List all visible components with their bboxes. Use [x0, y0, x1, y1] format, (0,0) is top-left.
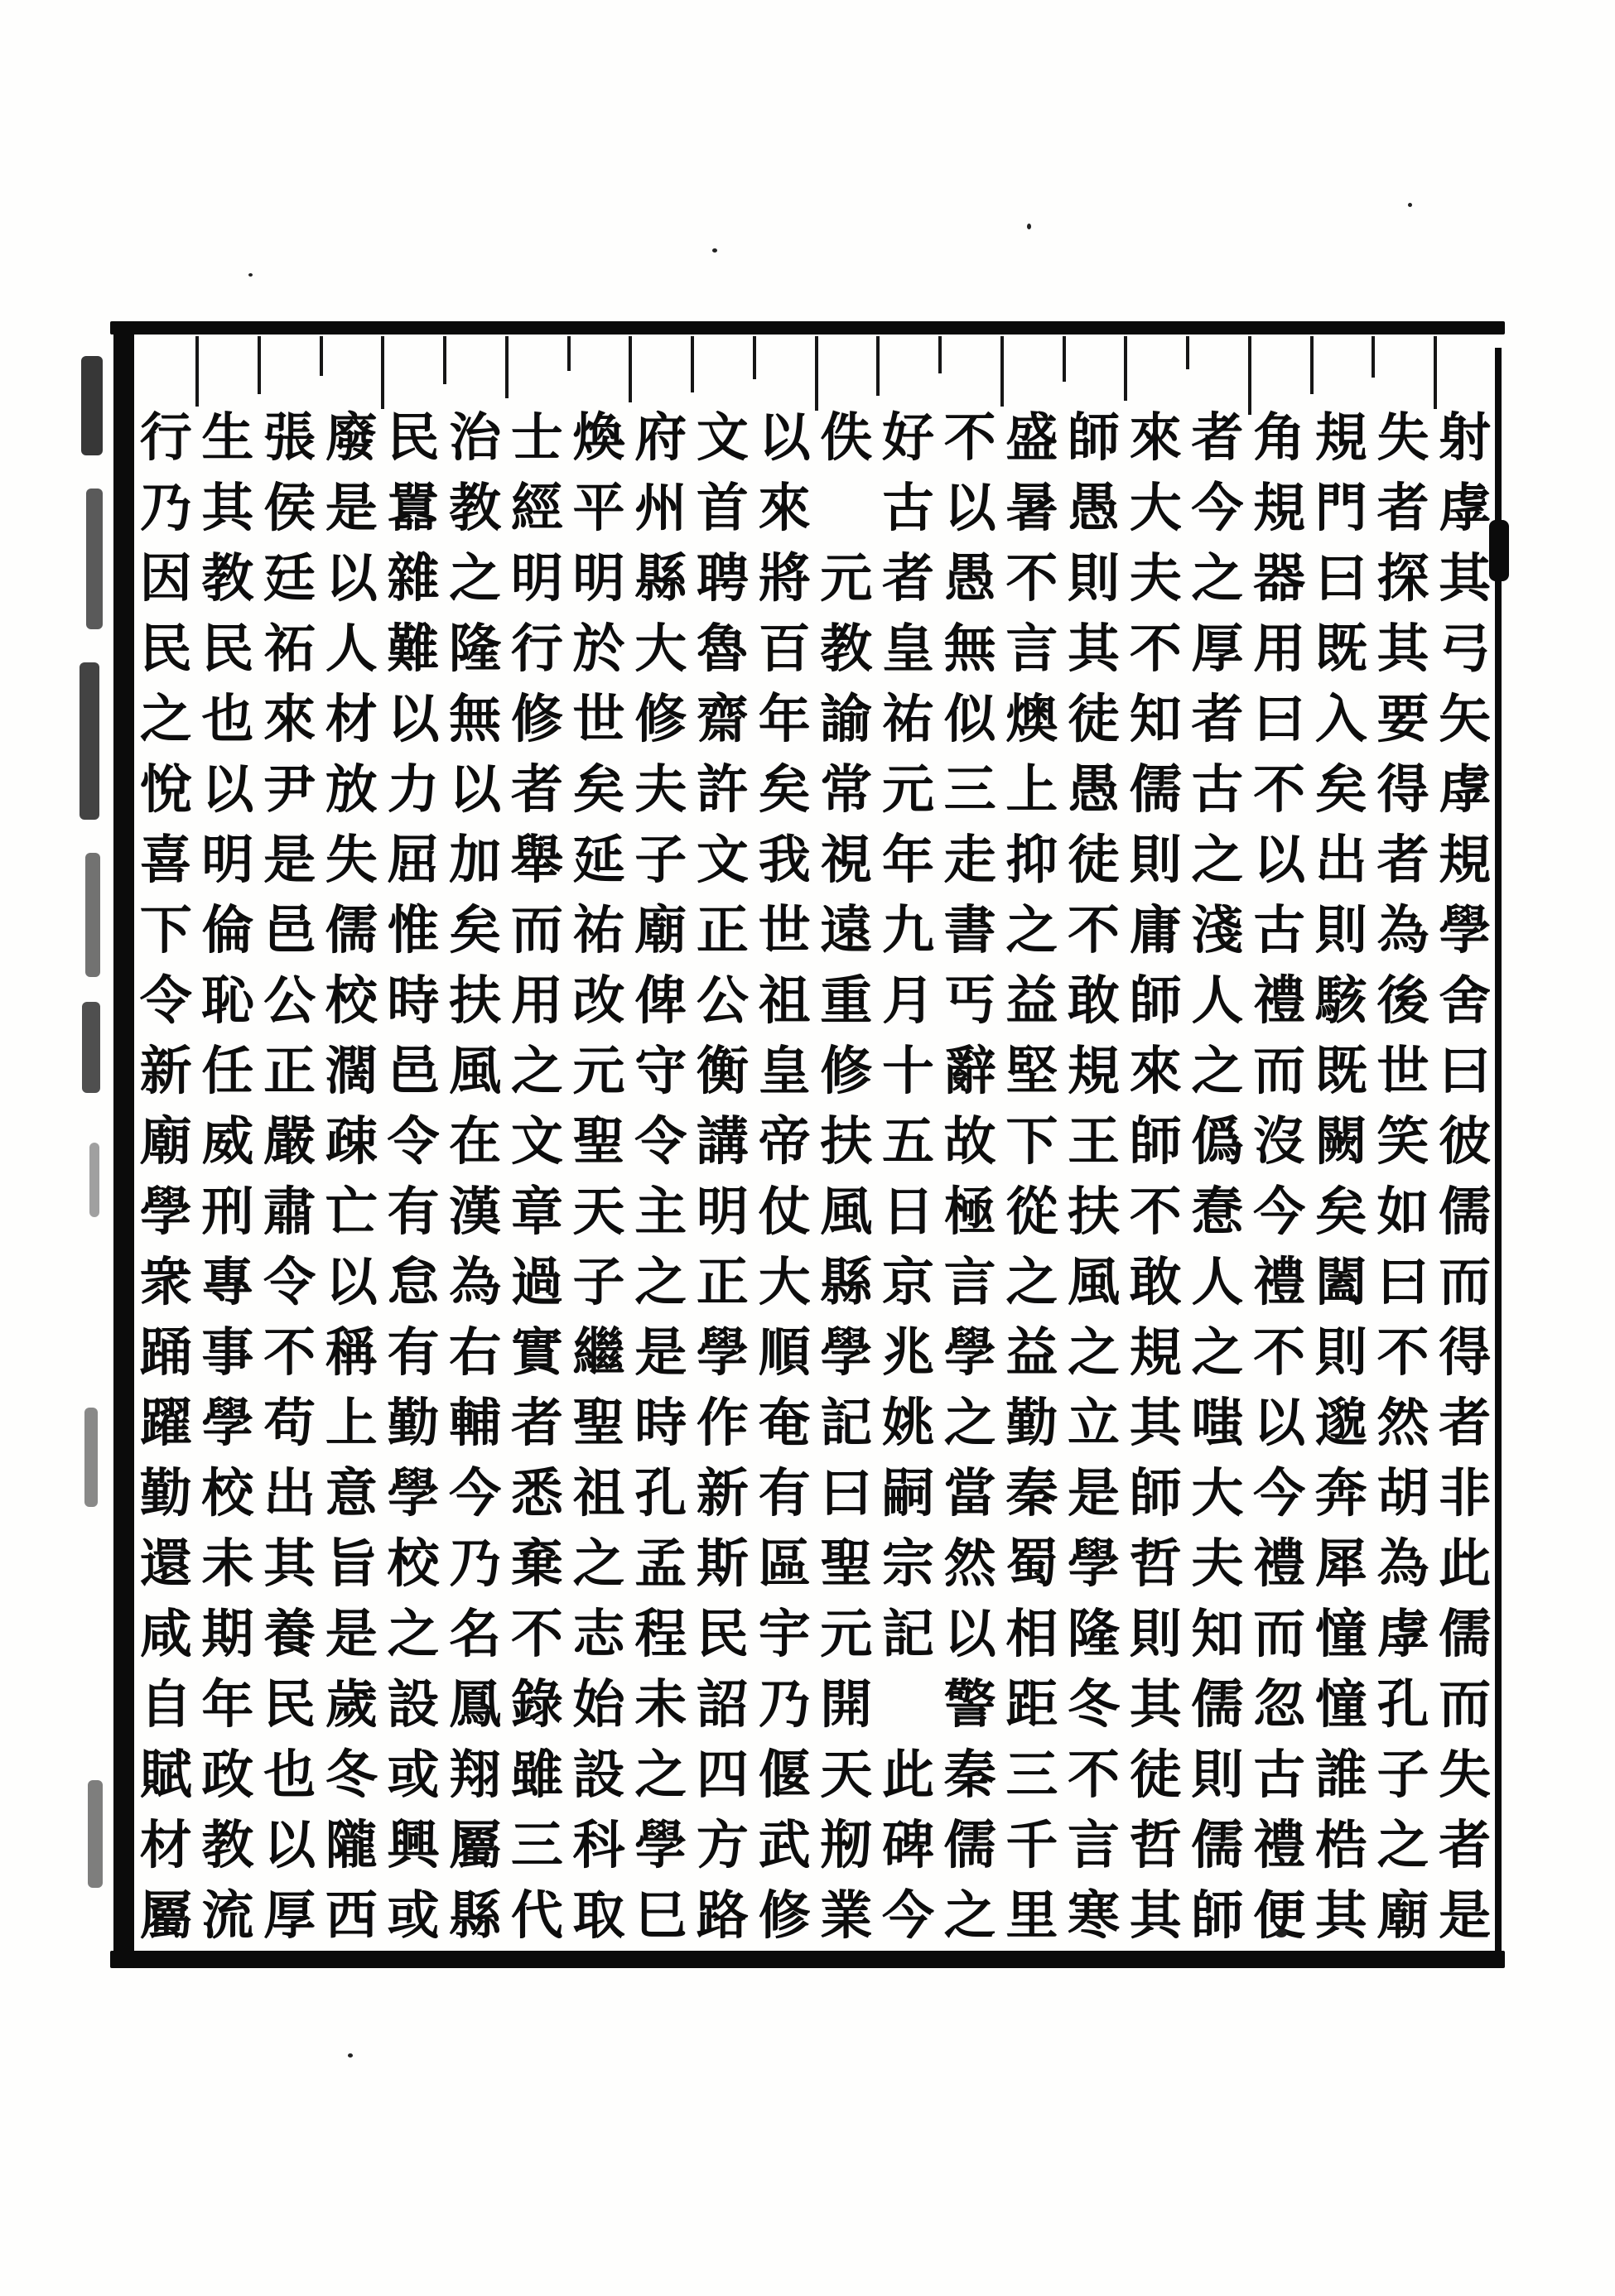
glyph: 虖 [1434, 754, 1496, 825]
glyph: 天 [568, 1177, 629, 1247]
scan-smudge [82, 1002, 100, 1093]
glyph: 邈 [1310, 1388, 1372, 1458]
glyph: 盛 [1001, 402, 1063, 473]
glyph: 治 [445, 402, 506, 473]
glyph: 出 [1310, 825, 1372, 895]
glyph: 矢 [1434, 684, 1496, 754]
glyph: 衡 [692, 1036, 753, 1106]
glyph: 禮 [1249, 965, 1310, 1036]
glyph: 未 [197, 1528, 258, 1599]
glyph: 行 [506, 614, 567, 684]
text-column-21: 生其教民也以明倫恥任威刑專事學校未期年政教流 [197, 402, 259, 1952]
glyph: 扶 [445, 965, 506, 1036]
glyph: 彼 [1434, 1106, 1496, 1177]
glyph: 者 [1434, 1388, 1496, 1458]
glyph: 者 [1187, 684, 1248, 754]
glyph: 矣 [445, 895, 506, 965]
glyph: 材 [321, 684, 382, 754]
glyph: 刑 [197, 1177, 258, 1247]
glyph: 教 [197, 1810, 258, 1880]
glyph: 惟 [383, 895, 444, 965]
glyph: 宇 [754, 1599, 815, 1669]
glyph: 苟 [259, 1388, 321, 1458]
glyph: 學 [1063, 1528, 1125, 1599]
glyph: 作 [692, 1388, 753, 1458]
glyph: 嚴 [259, 1106, 321, 1177]
glyph: 要 [1372, 684, 1434, 754]
frame-right-border [1495, 348, 1502, 1968]
glyph: 還 [135, 1528, 196, 1599]
glyph: 仗 [754, 1177, 815, 1247]
glyph: 踊 [135, 1317, 196, 1388]
glyph: 祐 [877, 684, 938, 754]
glyph: 我 [754, 825, 815, 895]
glyph: 勤 [1001, 1388, 1063, 1458]
ink-speck [1275, 1929, 1287, 1937]
glyph: 之 [445, 543, 506, 614]
glyph: 敢 [1125, 1247, 1186, 1317]
glyph: 修 [630, 684, 692, 754]
glyph: 知 [1125, 684, 1186, 754]
glyph: 規 [1249, 473, 1310, 543]
column-tick [505, 336, 509, 398]
glyph: 繼 [568, 1317, 629, 1388]
glyph: 不 [259, 1317, 321, 1388]
glyph: 師 [1187, 1880, 1248, 1951]
glyph: 錄 [506, 1669, 567, 1740]
glyph: 然 [1372, 1388, 1434, 1458]
glyph: 教 [197, 543, 258, 614]
glyph: 厚 [259, 1880, 321, 1951]
glyph: 世 [754, 895, 815, 965]
text-column-16: 士經明行修者舉而用之文章過實者悉棄不錄雖三代 [506, 402, 568, 1952]
book-page: 射虖其弓矢虖規學舍曰彼儒而得者非此儒而失者是失者探其要得者為後世笑如曰不然胡為虖… [0, 0, 1615, 2296]
glyph: 章 [506, 1177, 567, 1247]
glyph: 學 [939, 1317, 1000, 1388]
glyph: 好 [877, 402, 938, 473]
glyph: 之 [630, 1740, 692, 1810]
glyph: 惷 [1187, 1177, 1248, 1247]
glyph: 得 [1372, 754, 1434, 825]
text-column-13: 文首聘魯齋許文正公衡講明正學作新斯民詔四方路 [692, 402, 754, 1952]
column-tick [1372, 336, 1375, 378]
glyph: 公 [692, 965, 753, 1036]
glyph: 為 [445, 1247, 506, 1317]
glyph: 僞 [1187, 1106, 1248, 1177]
glyph: 元 [568, 1036, 629, 1106]
glyph: 順 [754, 1317, 815, 1388]
glyph: 材 [135, 1810, 196, 1880]
glyph: 其 [1372, 614, 1434, 684]
ink-speck [1027, 224, 1031, 229]
glyph: 來 [1125, 1036, 1186, 1106]
glyph: 笑 [1372, 1106, 1434, 1177]
text-column-4: 角規器用曰不以古禮而沒今禮不以今禮而忽古禮便 [1248, 402, 1310, 1952]
glyph: 五 [877, 1106, 938, 1177]
glyph: 民 [197, 614, 258, 684]
glyph: 乃 [135, 473, 196, 543]
glyph: 悉 [506, 1458, 567, 1528]
glyph: 便 [1249, 1880, 1310, 1951]
glyph: 失 [1372, 402, 1434, 473]
glyph: 聘 [692, 543, 753, 614]
glyph: 後 [1372, 965, 1434, 1036]
glyph: 明 [568, 543, 629, 614]
glyph: 奔 [1310, 1458, 1372, 1528]
glyph: 之 [1187, 825, 1248, 895]
glyph: 犀 [1310, 1528, 1372, 1599]
glyph: 如 [1372, 1177, 1434, 1247]
glyph: 古 [1249, 1740, 1310, 1810]
glyph: 闕 [1310, 1106, 1372, 1177]
glyph: 之 [1372, 1810, 1434, 1880]
glyph: 元 [816, 1599, 877, 1669]
glyph: 愚 [1063, 473, 1125, 543]
glyph: 明 [506, 543, 567, 614]
glyph: 濶 [321, 1036, 382, 1106]
glyph: 養 [259, 1599, 321, 1669]
glyph: 偃 [754, 1740, 815, 1810]
column-tick [1248, 336, 1251, 415]
glyph: 以 [321, 1247, 382, 1317]
glyph: 風 [445, 1036, 506, 1106]
glyph: 流 [197, 1880, 258, 1951]
glyph: 平 [568, 473, 629, 543]
glyph: 學 [1434, 895, 1496, 965]
glyph: 也 [197, 684, 258, 754]
glyph: 而 [1434, 1247, 1496, 1317]
glyph: 斯 [692, 1528, 753, 1599]
glyph: 是 [321, 473, 382, 543]
glyph: 三 [506, 1810, 567, 1880]
glyph: 廟 [135, 1106, 196, 1177]
glyph: 有 [754, 1458, 815, 1528]
glyph: 年 [197, 1669, 258, 1740]
glyph: 路 [692, 1880, 753, 1951]
glyph: 區 [754, 1528, 815, 1599]
glyph: 虖 [1434, 473, 1496, 543]
glyph: 業 [816, 1880, 877, 1951]
column-tick [815, 336, 818, 411]
glyph: 雜 [383, 543, 444, 614]
glyph: 京 [877, 1247, 938, 1317]
text-column-12: 以來將百年矣我世祖皇帝仗大順奄有區宇乃偃武修 [754, 402, 816, 1952]
glyph: 而 [1249, 1036, 1310, 1106]
glyph: 公 [259, 965, 321, 1036]
glyph: 非 [1434, 1458, 1496, 1528]
glyph: 文 [692, 825, 753, 895]
glyph: 翔 [445, 1740, 506, 1810]
glyph: 有 [383, 1317, 444, 1388]
glyph: 自 [135, 1669, 196, 1740]
glyph: 設 [568, 1740, 629, 1810]
glyph: 之 [568, 1528, 629, 1599]
glyph: 令 [630, 1106, 692, 1177]
glyph: 暑 [1001, 473, 1063, 543]
glyph: 張 [259, 402, 321, 473]
glyph: 佚 [816, 402, 877, 473]
glyph: 駭 [1310, 965, 1372, 1036]
glyph: 延 [568, 825, 629, 895]
glyph: 科 [568, 1810, 629, 1880]
glyph: 兆 [877, 1317, 938, 1388]
glyph: 縣 [445, 1880, 506, 1951]
glyph: 來 [754, 473, 815, 543]
glyph: 民 [259, 1669, 321, 1740]
glyph: 為 [1372, 895, 1434, 965]
glyph: 以 [259, 1810, 321, 1880]
column-tick [443, 336, 446, 384]
text-column-1: 射虖其弓矢虖規學舍曰彼儒而得者非此儒而失者是 [1434, 402, 1496, 1952]
glyph: 大 [1125, 473, 1186, 543]
glyph: 廷 [259, 543, 321, 614]
text-columns: 射虖其弓矢虖規學舍曰彼儒而得者非此儒而失者是失者探其要得者為後世笑如曰不然胡為虖… [135, 402, 1496, 1952]
column-tick [691, 336, 694, 392]
glyph: 其 [259, 1528, 321, 1599]
glyph: 明 [692, 1177, 753, 1247]
glyph: 子 [630, 825, 692, 895]
glyph: 益 [1001, 965, 1063, 1036]
glyph: 梏 [1310, 1810, 1372, 1880]
glyph: 矣 [1310, 754, 1372, 825]
glyph: 屈 [383, 825, 444, 895]
glyph: 虖 [1372, 1599, 1434, 1669]
glyph: 修 [754, 1880, 815, 1951]
glyph: 皇 [877, 614, 938, 684]
glyph: 不 [1063, 895, 1125, 965]
glyph: 恥 [197, 965, 258, 1036]
glyph: 者 [1187, 402, 1248, 473]
glyph: 射 [1434, 402, 1496, 473]
glyph: 王 [1063, 1106, 1125, 1177]
glyph: 儒 [939, 1810, 1000, 1880]
glyph: 孟 [630, 1528, 692, 1599]
glyph: 皇 [754, 1036, 815, 1106]
glyph: 取 [568, 1880, 629, 1951]
text-column-2: 失者探其要得者為後世笑如曰不然胡為虖孔子之廟 [1372, 402, 1434, 1952]
glyph: 極 [939, 1177, 1000, 1247]
glyph: 四 [692, 1740, 753, 1810]
glyph: 無 [939, 614, 1000, 684]
column-tick [1310, 336, 1314, 394]
glyph: 令 [135, 965, 196, 1036]
glyph: 祖 [568, 1458, 629, 1528]
glyph: 興 [383, 1810, 444, 1880]
glyph: 丐 [939, 965, 1000, 1036]
glyph: 放 [321, 754, 382, 825]
glyph: 以 [321, 543, 382, 614]
glyph: 加 [445, 825, 506, 895]
glyph: 齋 [692, 684, 753, 754]
column-tick [938, 336, 942, 373]
text-column-10: 好古者皇祐元年九月十五日京兆姚嗣宗記 此碑今 [877, 402, 939, 1952]
glyph: 愚 [939, 543, 1000, 614]
glyph: 然 [939, 1528, 1000, 1599]
frame-bottom-border [110, 1951, 1505, 1968]
glyph: 不 [1063, 1740, 1125, 1810]
glyph: 雖 [506, 1740, 567, 1810]
glyph: 衆 [135, 1247, 196, 1317]
glyph: 矣 [754, 754, 815, 825]
glyph: 明 [197, 825, 258, 895]
glyph: 愚 [1063, 754, 1125, 825]
glyph: 曰 [1372, 1247, 1434, 1317]
glyph: 輔 [445, 1388, 506, 1458]
glyph: 之 [135, 684, 196, 754]
glyph: 姚 [877, 1388, 938, 1458]
glyph: 府 [630, 402, 692, 473]
column-tick [381, 336, 384, 409]
ink-speck [248, 273, 253, 277]
glyph: 胡 [1372, 1458, 1434, 1528]
glyph: 孔 [1372, 1669, 1434, 1740]
glyph: 主 [630, 1177, 692, 1247]
glyph: 帝 [754, 1106, 815, 1177]
glyph: 不 [1249, 754, 1310, 825]
glyph: 此 [1434, 1528, 1496, 1599]
glyph: 禮 [1249, 1247, 1310, 1317]
glyph: 言 [1001, 614, 1063, 684]
glyph: 忽 [1249, 1669, 1310, 1740]
glyph: 意 [321, 1458, 382, 1528]
glyph: 聖 [568, 1106, 629, 1177]
glyph: 賦 [135, 1740, 196, 1810]
glyph: 士 [506, 402, 567, 473]
glyph: 書 [939, 895, 1000, 965]
column-tick [195, 336, 199, 407]
glyph: 代 [506, 1880, 567, 1951]
glyph: 校 [383, 1528, 444, 1599]
glyph: 哲 [1125, 1528, 1186, 1599]
glyph: 徒 [1063, 684, 1125, 754]
glyph: 將 [754, 543, 815, 614]
glyph: 而 [1434, 1669, 1496, 1740]
glyph: 教 [816, 614, 877, 684]
glyph: 俾 [630, 965, 692, 1036]
glyph: 文 [506, 1106, 567, 1177]
glyph: 行 [135, 402, 196, 473]
glyph: 儒 [1187, 1810, 1248, 1880]
glyph: 是 [1063, 1458, 1125, 1528]
glyph: 秦 [1001, 1458, 1063, 1528]
glyph: 聖 [568, 1388, 629, 1458]
glyph: 入 [1310, 684, 1372, 754]
ink-speck [348, 2053, 353, 2058]
glyph: 器 [1249, 543, 1310, 614]
glyph: 者 [1372, 473, 1434, 543]
glyph: 徒 [1063, 825, 1125, 895]
glyph: 詔 [692, 1669, 753, 1740]
glyph: 政 [197, 1740, 258, 1810]
glyph: 者 [1372, 825, 1434, 895]
glyph: 廟 [1372, 1880, 1434, 1951]
column-tick [258, 336, 261, 394]
glyph: 歲 [321, 1669, 382, 1740]
glyph: 倫 [197, 895, 258, 965]
glyph: 今 [445, 1458, 506, 1528]
glyph: 憧 [1310, 1599, 1372, 1669]
glyph: 煥 [568, 402, 629, 473]
glyph: 學 [197, 1388, 258, 1458]
glyph: 儒 [1434, 1177, 1496, 1247]
glyph: 學 [383, 1458, 444, 1528]
glyph: 民 [692, 1599, 753, 1669]
glyph: 許 [692, 754, 753, 825]
glyph: 古 [877, 473, 938, 543]
glyph: 時 [630, 1388, 692, 1458]
glyph: 月 [877, 965, 938, 1036]
glyph: 之 [506, 1036, 567, 1106]
column-tick [753, 336, 756, 379]
glyph: 師 [1125, 1458, 1186, 1528]
glyph: 隆 [445, 614, 506, 684]
glyph: 子 [568, 1247, 629, 1317]
glyph: 不 [1372, 1317, 1434, 1388]
glyph: 徒 [1125, 1740, 1186, 1810]
glyph: 武 [754, 1810, 815, 1880]
glyph: 令 [383, 1106, 444, 1177]
glyph: 期 [197, 1599, 258, 1669]
glyph: 元 [877, 754, 938, 825]
glyph: 大 [754, 1247, 815, 1317]
column-tick [1186, 336, 1189, 369]
glyph: 文 [692, 402, 753, 473]
glyph: 是 [630, 1317, 692, 1388]
glyph: 之 [1187, 1036, 1248, 1106]
glyph: 於 [568, 614, 629, 684]
glyph: 今 [1249, 1458, 1310, 1528]
glyph: 上 [1001, 754, 1063, 825]
glyph: 大 [1187, 1458, 1248, 1528]
glyph: 警 [939, 1669, 1000, 1740]
glyph: 諭 [816, 684, 877, 754]
glyph: 事 [197, 1317, 258, 1388]
glyph: 正 [692, 1247, 753, 1317]
glyph: 咸 [135, 1599, 196, 1669]
glyph: 力 [383, 754, 444, 825]
glyph: 則 [1125, 825, 1186, 895]
scan-smudge [80, 662, 99, 820]
glyph: 而 [506, 895, 567, 965]
glyph: 亡 [321, 1177, 382, 1247]
glyph: 舉 [506, 825, 567, 895]
column-tick [567, 336, 571, 371]
glyph: 視 [816, 825, 877, 895]
glyph: 校 [197, 1458, 258, 1528]
glyph: 未 [630, 1669, 692, 1740]
glyph: 規 [1063, 1036, 1125, 1106]
glyph: 則 [1310, 1317, 1372, 1388]
column-tick [629, 336, 632, 402]
glyph: 探 [1372, 543, 1434, 614]
glyph: 今 [1187, 473, 1248, 543]
glyph: 新 [135, 1036, 196, 1106]
glyph: 巳 [630, 1880, 692, 1951]
glyph: 儒 [321, 895, 382, 965]
glyph: 夫 [630, 754, 692, 825]
glyph: 既 [1310, 1036, 1372, 1106]
glyph: 夫 [1187, 1528, 1248, 1599]
glyph: 碑 [877, 1810, 938, 1880]
text-column-15: 煥平明於世矣延祐改元聖天子繼聖祖之志始設科取 [568, 402, 630, 1952]
glyph: 百 [754, 614, 815, 684]
glyph: 或 [383, 1740, 444, 1810]
glyph: 之 [383, 1599, 444, 1669]
glyph [877, 1669, 938, 1740]
glyph: 不 [939, 402, 1000, 473]
glyph: 蜀 [1001, 1528, 1063, 1599]
glyph: 禮 [1249, 1528, 1310, 1599]
